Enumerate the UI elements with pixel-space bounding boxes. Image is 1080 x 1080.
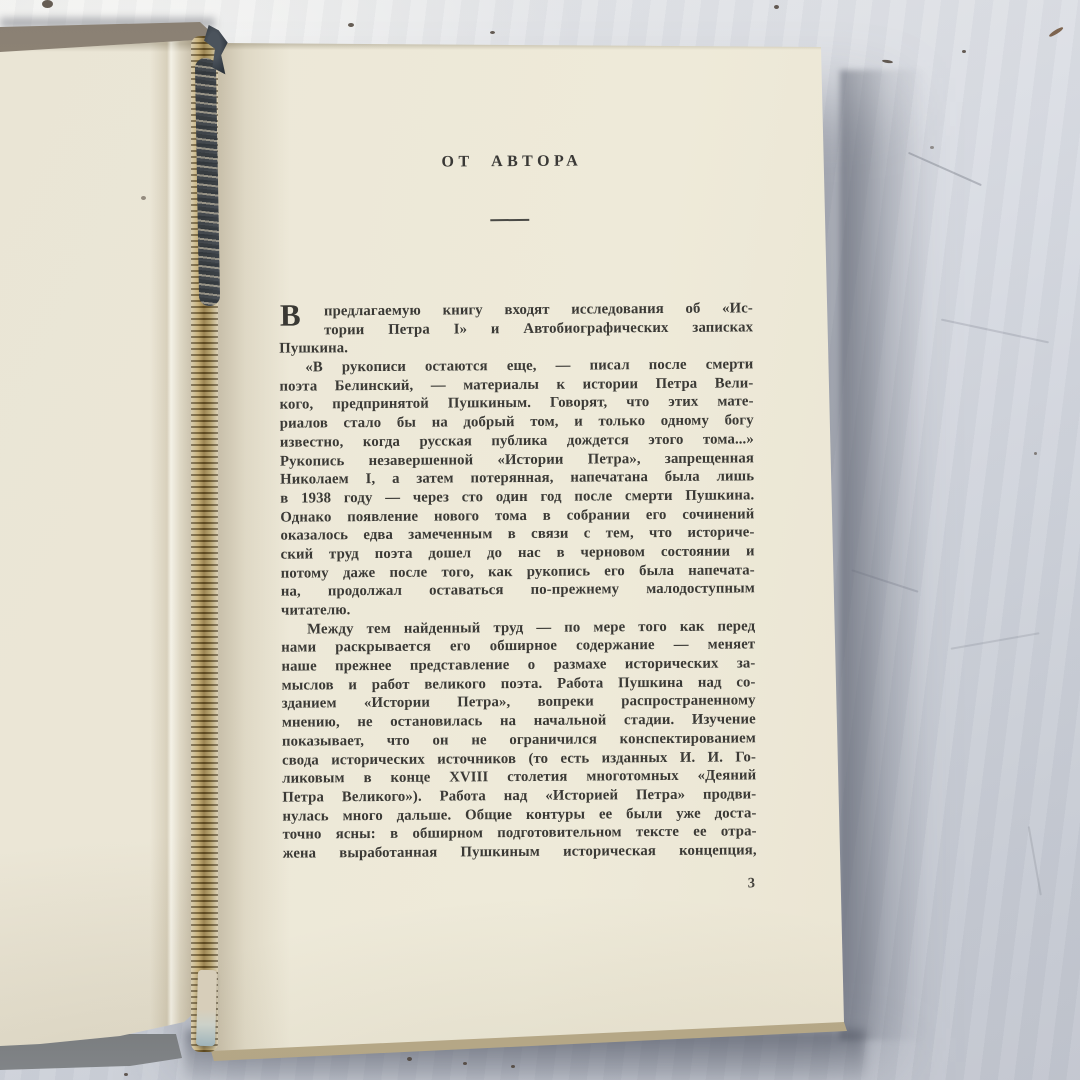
photo-open-book: ОТ АВТОРА В предлагаемую книгу входят ис… <box>0 0 1080 1080</box>
table-speck <box>511 1065 515 1068</box>
page-content: ОТ АВТОРА В предлагаемую книгу входят ис… <box>278 151 757 895</box>
table-speck <box>930 146 934 149</box>
page-number: 3 <box>283 875 757 895</box>
table-speck <box>42 0 53 8</box>
table-speck <box>1034 452 1037 455</box>
body-text: В предлагаемую книгу входят исследования… <box>279 299 757 863</box>
binding-paper-tab <box>196 970 217 1046</box>
text-line: жена выработанная Пушкиным историческая … <box>283 841 757 863</box>
table-speck <box>490 31 495 34</box>
table-scratch-mark <box>1048 26 1063 37</box>
table-scratch <box>951 632 1040 649</box>
table-scratch <box>1028 826 1042 895</box>
table-speck <box>962 50 966 53</box>
section-divider-rule <box>490 219 529 221</box>
binding-threads-dark <box>195 58 220 306</box>
drop-cap-initial: В <box>280 300 301 331</box>
left-page-speck <box>141 196 146 200</box>
table-speck <box>463 1062 467 1065</box>
table-speck <box>774 5 779 9</box>
text-line: тории Петра I» и Автобиографических запи… <box>279 318 753 340</box>
table-speck <box>124 1073 128 1076</box>
table-speck <box>407 1057 412 1061</box>
page-title: ОТ АВТОРА <box>275 151 749 172</box>
table-scratch <box>941 319 1049 343</box>
table-speck <box>882 59 893 64</box>
text-line: на, продолжал оставаться по-прежнему мал… <box>281 580 755 602</box>
table-speck <box>348 23 354 27</box>
page-edge-shadow-right <box>840 70 926 1040</box>
